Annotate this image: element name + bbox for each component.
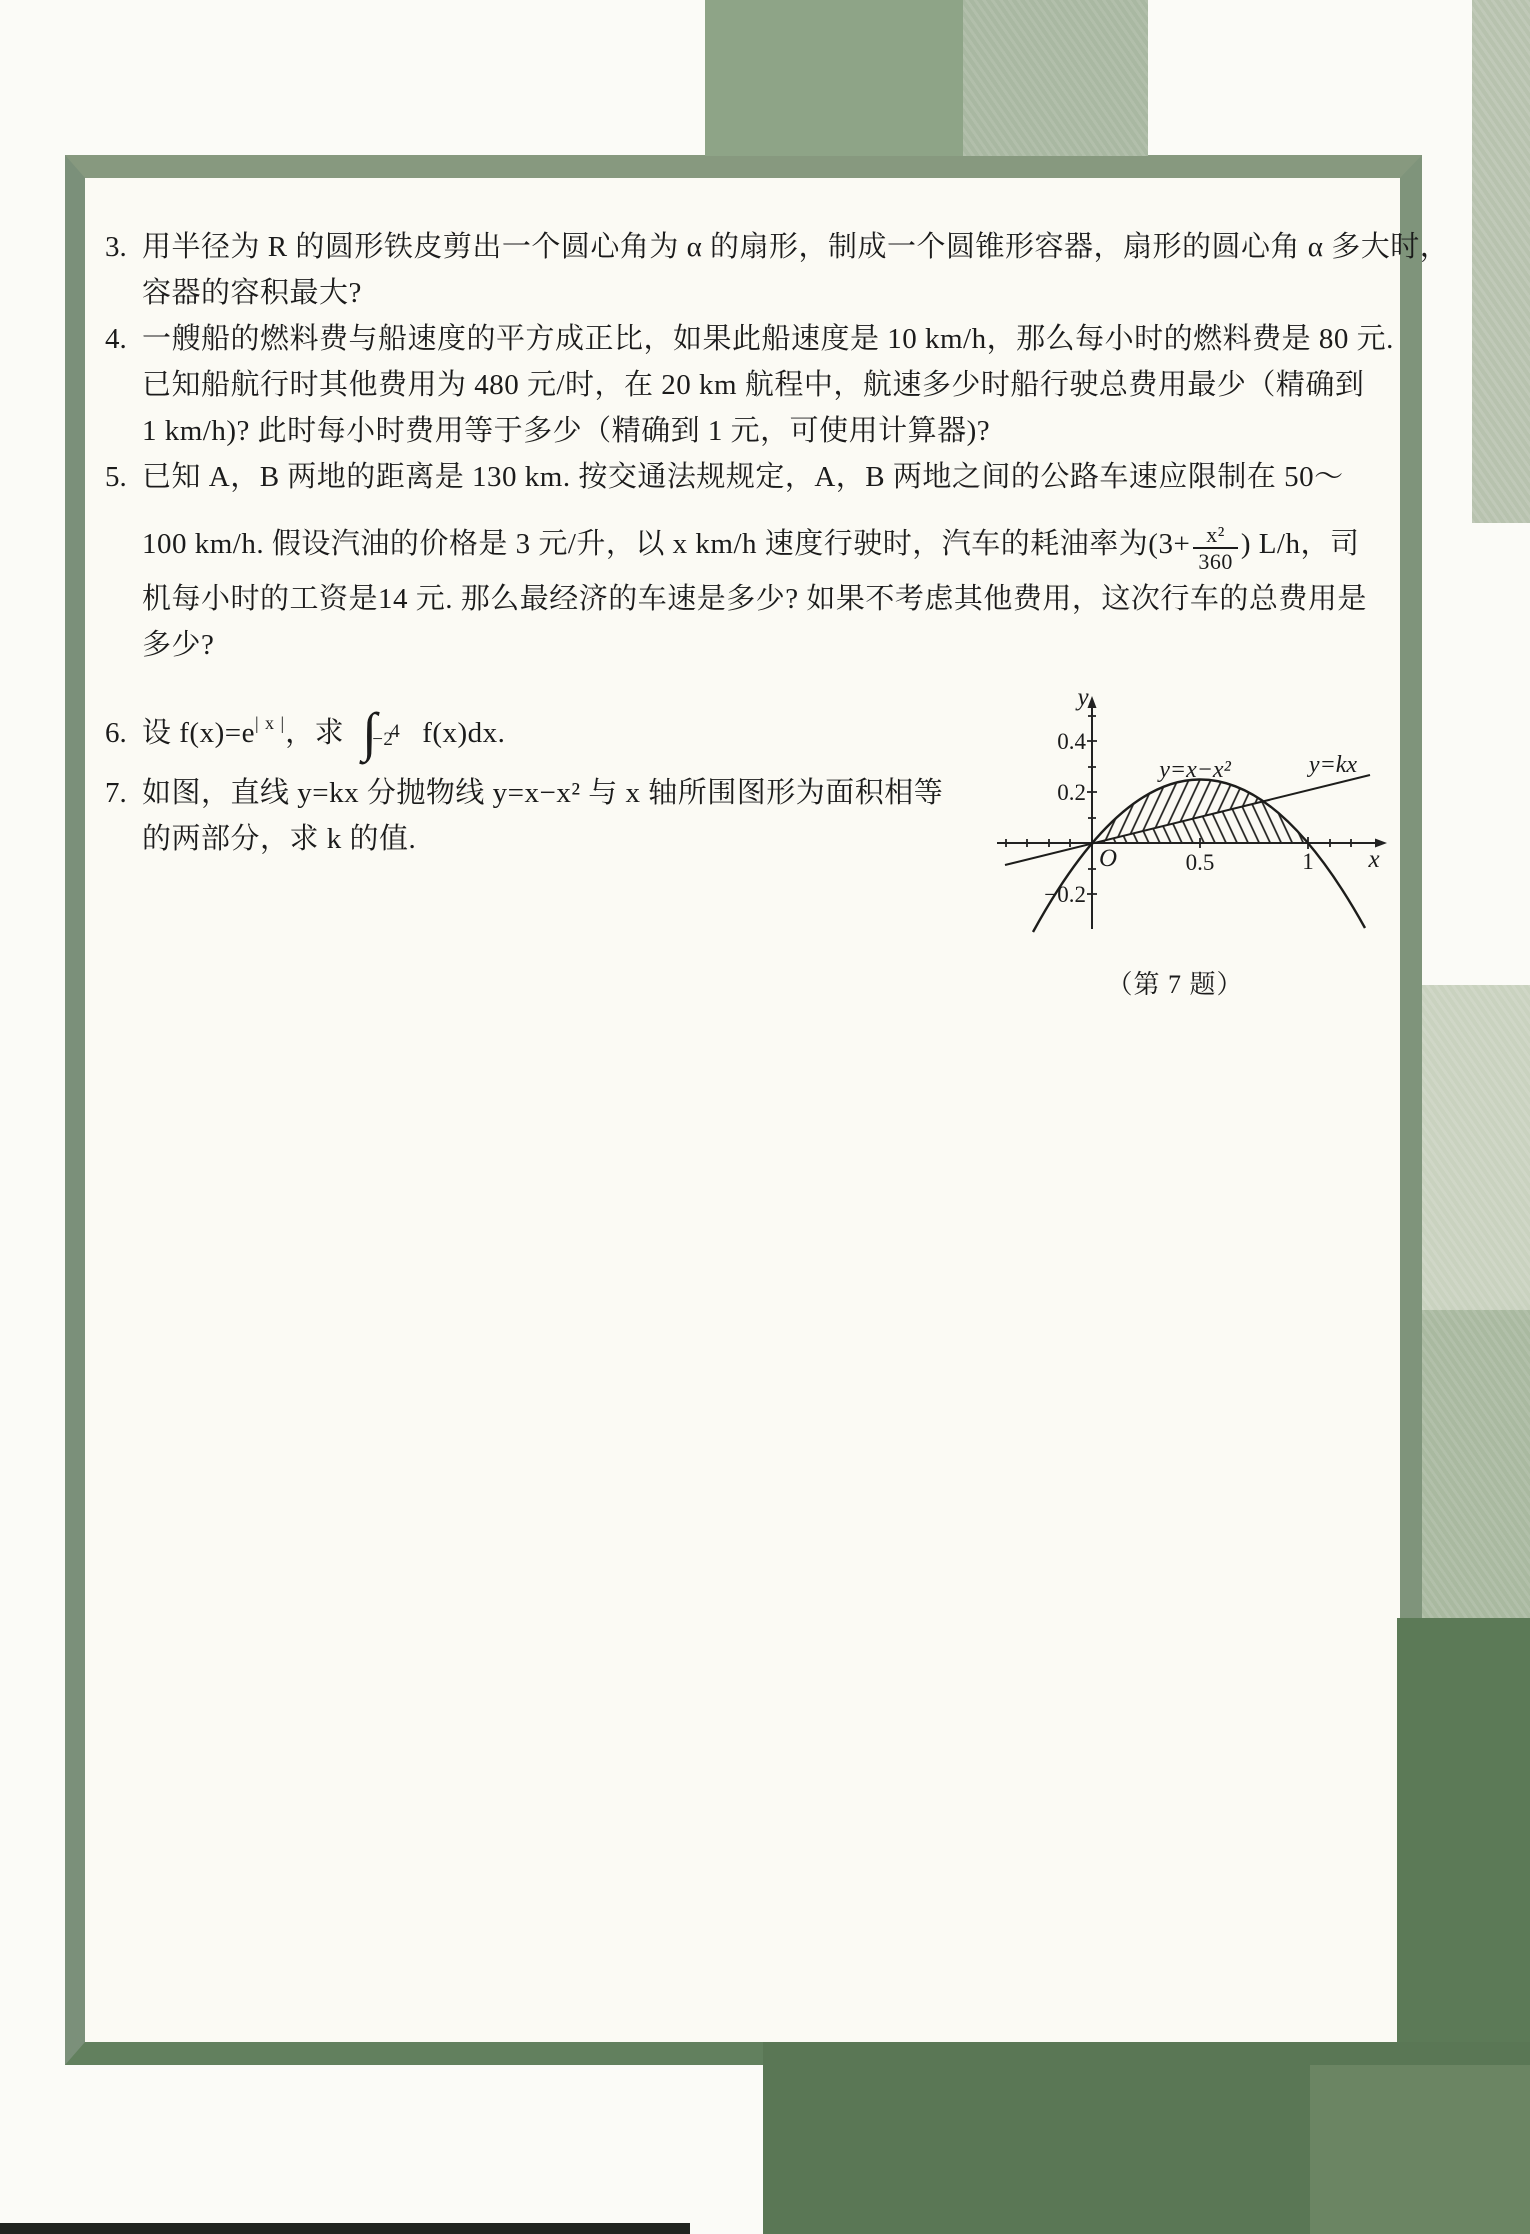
problem-5-line-4: 多少? <box>105 622 1385 668</box>
problem-5-line-1: 5.已知 A，B 两地的距离是 130 km. 按交通法规规定，A，B 两地之间… <box>105 454 1385 500</box>
problem-7-figure: 0.4 0.2 −0.2 0.5 1 y x O y=x−x² y=kx （第 … <box>950 665 1390 1010</box>
integral-lower-limit: −2 <box>372 711 393 769</box>
problem-3-number: 3. <box>105 224 142 270</box>
problem-4-text-1: 一艘船的燃料费与船速度的平方成正比，如果此船速度是 10 km/h，那么每小时的… <box>142 323 1394 355</box>
problem-3-text-2: 容器的容积最大? <box>142 277 362 309</box>
problem-5-text-2b: ) L/h，司 <box>1241 528 1360 560</box>
y-tick-label-04: 0.4 <box>1057 729 1086 754</box>
problem-4-number: 4. <box>105 316 142 362</box>
figure-caption: （第 7 题） <box>1095 968 1255 1002</box>
figure-plot: 0.4 0.2 −0.2 0.5 1 y x O y=x−x² y=kx <box>950 665 1390 965</box>
problem-4-text-3: 1 km/h)? 此时每小时费用等于多少（精确到 1 元，可使用计算器)? <box>142 415 990 447</box>
problem-4-line-2: 已知船航行时其他费用为 480 元/时，在 20 km 航程中，航速多少时船行驶… <box>105 362 1385 408</box>
integral-expression: ∫4−2 <box>354 706 418 764</box>
x-axis-label: x <box>1367 846 1379 873</box>
fraction-denominator: 360 <box>1193 547 1238 575</box>
problem-6-text-3: f(x)dx. <box>422 717 505 749</box>
origin-label: O <box>1099 845 1117 872</box>
scanned-page-canvas: 3.用半径为 R 的圆形铁皮剪出一个圆心角为 α 的扇形，制成一个圆锥形容器，扇… <box>0 0 1530 2234</box>
decor-green-block-right-medium <box>1422 1310 1530 1618</box>
y-axis-arrow-icon <box>1088 696 1097 708</box>
problem-3-text-1: 用半径为 R 的圆形铁皮剪出一个圆心角为 α 的扇形，制成一个圆锥形容器，扇形的… <box>142 231 1449 263</box>
problem-7-number: 7. <box>105 770 142 816</box>
x-tick-label-05: 0.5 <box>1186 850 1215 875</box>
scan-edge-black-strip <box>0 2223 690 2234</box>
exponent-abs-x: | x | <box>255 713 285 733</box>
page-content: 3.用半径为 R 的圆形铁皮剪出一个圆心角为 α 的扇形，制成一个圆锥形容器，扇… <box>85 178 1400 2042</box>
problem-5-line-2: 100 km/h. 假设汽油的价格是 3 元/升，以 x km/h 速度行驶时，… <box>105 514 1385 574</box>
y-tick-label-02: 0.2 <box>1057 780 1086 805</box>
problem-6-number: 6. <box>105 704 142 762</box>
problem-4-line-3: 1 km/h)? 此时每小时费用等于多少（精确到 1 元，可使用计算器)? <box>105 408 1385 454</box>
problem-6-text-1: 设 f(x)=e <box>142 717 255 749</box>
y-tick-label-neg02: −0.2 <box>1044 882 1086 907</box>
problem-5-text-4: 多少? <box>142 629 214 661</box>
problem-4-line-1: 4.一艘船的燃料费与船速度的平方成正比，如果此船速度是 10 km/h，那么每小… <box>105 316 1385 362</box>
decor-green-block-bottom-right <box>1310 2065 1530 2234</box>
problem-3-line-2: 容器的容积最大? <box>105 270 1385 316</box>
decor-green-block-right-light <box>1422 985 1530 1310</box>
fraction-numerator: x² <box>1193 523 1238 547</box>
problem-6-text-2: ，求 <box>285 717 344 749</box>
decor-green-block-top-mottled <box>963 0 1148 156</box>
parabola-equation-label: y=x−x² <box>1157 757 1231 783</box>
line-equation-label: y=kx <box>1307 752 1358 778</box>
problem-5-text-1: 已知 A，B 两地的距离是 130 km. 按交通法规规定，A，B 两地之间的公… <box>142 461 1344 493</box>
problem-7-text-1: 如图，直线 y=kx 分抛物线 y=x−x² 与 x 轴所围图形为面积相等 <box>142 777 943 809</box>
y-axis-label: y <box>1074 684 1089 711</box>
problem-4-text-2: 已知船航行时其他费用为 480 元/时，在 20 km 航程中，航速多少时船行驶… <box>142 369 1364 401</box>
problem-3-line-1: 3.用半径为 R 的圆形铁皮剪出一个圆心角为 α 的扇形，制成一个圆锥形容器，扇… <box>105 224 1385 270</box>
fuel-rate-fraction: x²360 <box>1193 523 1238 575</box>
problem-5-line-3: 机每小时的工资是14 元. 那么最经济的车速是多少? 如果不考虑其他费用，这次行… <box>105 576 1385 622</box>
problem-5-number: 5. <box>105 454 142 500</box>
x-tick-label-1: 1 <box>1302 849 1314 874</box>
decor-green-strip-top-right <box>1472 0 1530 523</box>
decor-green-block-top <box>705 0 963 156</box>
problem-5-text-3: 机每小时的工资是14 元. 那么最经济的车速是多少? 如果不考虑其他费用，这次行… <box>142 583 1367 615</box>
problem-7-text-2: 的两部分，求 k 的值. <box>142 823 416 855</box>
problem-5-text-2a: 100 km/h. 假设汽油的价格是 3 元/升，以 x km/h 速度行驶时，… <box>142 528 1190 560</box>
